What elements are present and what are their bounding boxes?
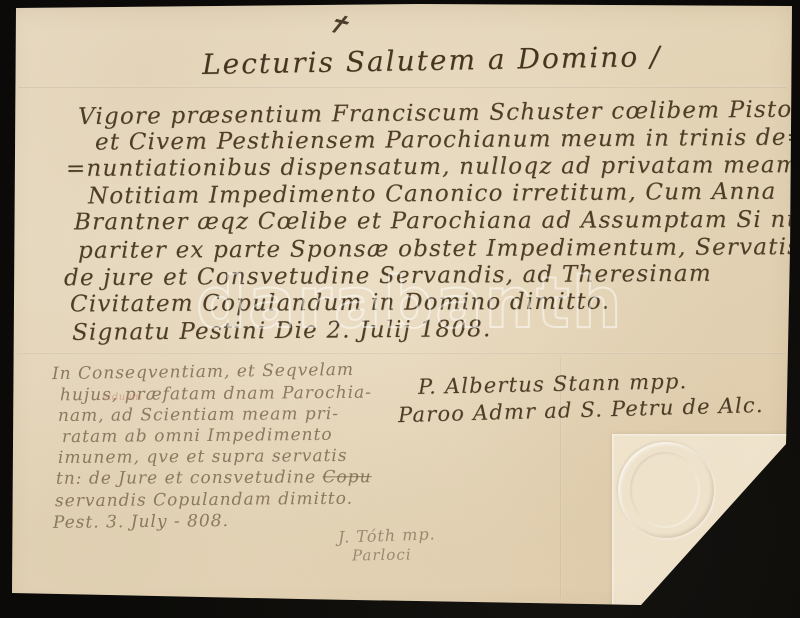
interlinear-annotation: viduam: [102, 392, 142, 403]
note-line: imunem, qve et supra servatis: [58, 446, 348, 468]
body-line: Notitiam Impedimento Canonico irretitum,…: [88, 179, 777, 210]
embossed-seal: [618, 442, 714, 538]
body-line: et Civem Pesthiensem Parochianum meum in…: [95, 125, 800, 156]
fold-crease-horizontal-top: [18, 86, 786, 88]
note-line: servandis Copulandam dimitto.: [55, 489, 353, 512]
note-line-text: tn: de Jure et consvetudine: [56, 467, 323, 488]
embossed-seal-inner-ring: [630, 452, 700, 528]
note-line: ratam ab omni Impedimento: [62, 425, 333, 447]
body-line: =nuntiationibus dispensatum, nulloqz ad …: [66, 152, 799, 182]
struck-word: Copu: [322, 467, 371, 487]
note-line: nam, ad Scientiam meam pri-: [58, 404, 339, 426]
scanned-document-photo: ✝ Lecturis Salutem a Domino / Vigore præ…: [0, 0, 800, 618]
note-line: tn: de Jure et consvetudine Copu: [56, 467, 372, 489]
pencil-signature-title: Parloci: [352, 545, 412, 564]
heading-salutation: Lecturis Salutem a Domino /: [202, 40, 662, 81]
cross-flourish: ✝: [320, 9, 355, 42]
fold-crease-horizontal-middle: [18, 352, 786, 354]
auction-watermark: darabanth: [196, 262, 656, 344]
body-line: Brantner æqz Cœlibe et Parochiana ad Ass…: [74, 207, 800, 236]
note-dateline: Pest. 3. July - 808.: [53, 511, 229, 533]
signature-name: P. Albertus Stann mpp.: [418, 369, 688, 399]
note-line: In Conseqventiam, et Seqvelam: [52, 360, 354, 384]
pencil-signature-name: J. Tóth mp.: [338, 524, 436, 546]
manuscript-paper: ✝ Lecturis Salutem a Domino / Vigore præ…: [0, 0, 800, 618]
body-line: pariter ex parte Sponsæ obstet Impedimen…: [78, 234, 800, 264]
